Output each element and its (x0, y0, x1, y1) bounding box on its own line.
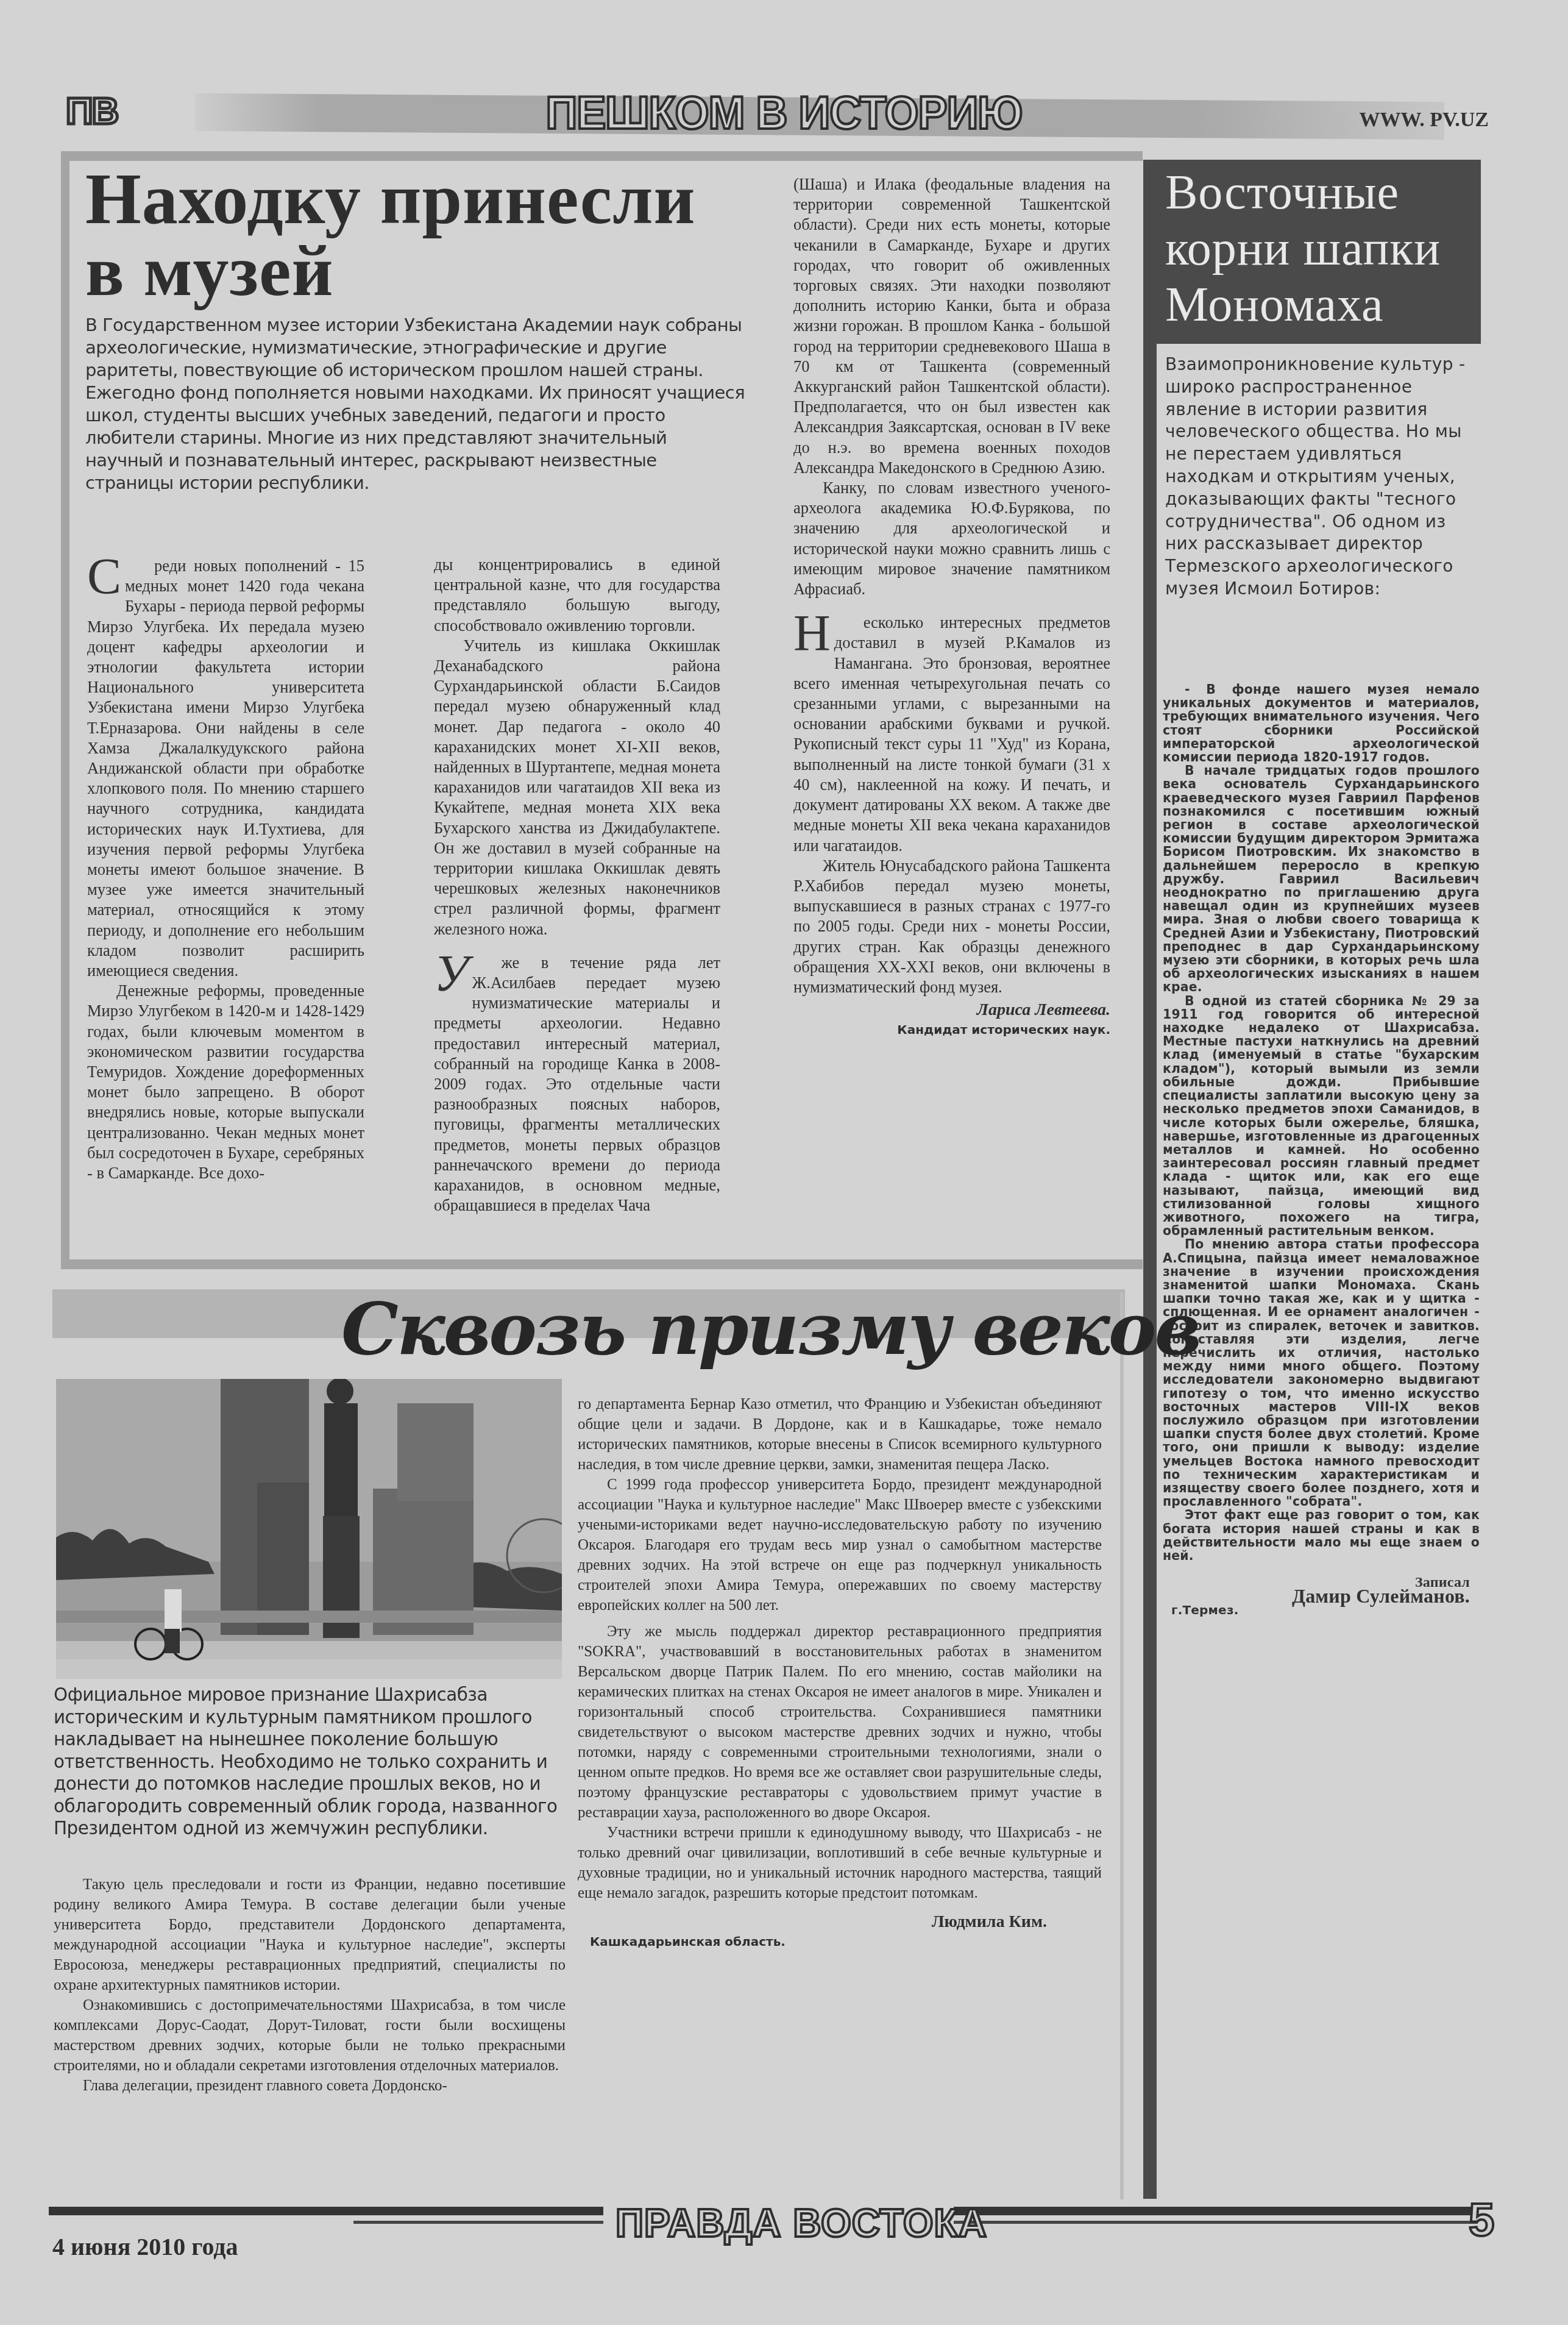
sidebar-headline: Восточные корни шапки Мономаха (1165, 165, 1482, 333)
article2-column-1: Такую цель преследовали и гости из Франц… (54, 1875, 566, 2096)
footer-rule-left-thin (353, 2221, 603, 2224)
paragraph: В одной из статей сборника № 29 за 1911 … (1163, 994, 1480, 1238)
page-number: 5 (1469, 2193, 1494, 2246)
article1-lead: В Государственном музее истории Узбекист… (85, 314, 750, 494)
paragraph: Учитель из кишлака Оккишлак Деханабадско… (434, 636, 720, 939)
headline-line-2: в музей (85, 235, 786, 307)
paragraph: Этот факт еще раз говорит о том, как бог… (1163, 1508, 1480, 1562)
paragraph: По мнению автора статьи профессора А.Спи… (1163, 1237, 1480, 1508)
newspaper-name: ПРАВДА ВОСТОКА (615, 2201, 987, 2246)
photo-monument-scene (56, 1379, 562, 1679)
article2-photo (56, 1379, 562, 1679)
sidebar-lead: Взаимопроникновение культур - широко рас… (1165, 354, 1482, 600)
article1-frame-bottom (61, 1259, 1143, 1269)
paragraph: (Шаша) и Илака (феодальные владения на т… (793, 174, 1110, 478)
sidebar-frame-left (1143, 160, 1157, 2199)
paragraph: В начале тридцатых годов прошлого века о… (1163, 764, 1480, 994)
paragraph: го департамента Бернар Казо отметил, что… (578, 1394, 1102, 1475)
article2-lead: Официальное мировое признание Шахрисабза… (54, 1684, 559, 1840)
article2-headline: Сквозь призму веков (341, 1292, 1200, 1365)
article1-headline: Находку принесли в музей (85, 163, 786, 307)
footer-rule-right-thin (954, 2221, 1478, 2224)
article1-column-2: ды концентрировались в единой центрально… (434, 555, 720, 1216)
paragraph: же в течение ряда лет Ж.Асилбаев передае… (434, 953, 720, 1214)
paragraph: Житель Юнусабадского района Ташкента Р.Х… (793, 856, 1110, 997)
section-rubric: ПЕШКОМ В ИСТОРИЮ (0, 90, 1568, 137)
article1-column-3: (Шаша) и Илака (феодальные владения на т… (793, 174, 1110, 1041)
paragraph: Участники встречи пришли к единодушному … (578, 1823, 1102, 1903)
paragraph: Канку, по словам известного ученого-архе… (793, 478, 1110, 599)
article2-column-2: го департамента Бернар Казо отметил, что… (578, 1394, 1102, 1952)
headline-line-1: Находку принесли (85, 163, 786, 235)
paragraph: Глава делегации, президент главного сове… (54, 2076, 566, 2096)
paragraph: Ознакомившись с достопримечательностями … (54, 1995, 566, 2076)
issue-date: 4 июня 2010 года (52, 2232, 238, 2261)
article1-author-title: Кандидат исторических наук. (793, 1020, 1110, 1040)
paragraph: ды концентрировались в единой центрально… (434, 555, 720, 636)
paragraph: Денежные реформы, проведенные Мирзо Улуг… (87, 981, 364, 1183)
footer-rule-left (49, 2207, 603, 2215)
website-url[interactable]: WWW. PV.UZ (1359, 109, 1489, 132)
dropcap: С (58, 557, 121, 597)
paragraph: Такую цель преследовали и гости из Франц… (54, 1875, 566, 1995)
sidebar-body: - В фонде нашего музея немало уникальных… (1163, 683, 1480, 1617)
paragraph: - В фонде нашего музея немало уникальных… (1163, 683, 1480, 764)
article1-frame-left (61, 151, 69, 1267)
article2-region: Кашкадарьинская область. (590, 1932, 1102, 1952)
paragraph: Эту же мысль поддержал директор реставра… (578, 1622, 1102, 1823)
footer-rule-right (954, 2207, 1478, 2215)
paragraph: реди новых пополнений - 15 медных монет … (87, 557, 364, 980)
article1-author: Лариса Левтеева. (793, 1000, 1110, 1020)
article2-frame-right (1120, 1292, 1124, 2199)
sidebar-author: Дамир Сулейманов. (1163, 1589, 1480, 1603)
dropcap: Н (764, 614, 831, 654)
paragraph: С 1999 года профессор университета Бордо… (578, 1475, 1102, 1615)
dropcap: У (405, 954, 469, 994)
article1-column-1: Среди новых пополнений - 15 медных монет… (87, 556, 364, 1183)
paragraph: есколько интересных предметов доставил в… (793, 613, 1110, 854)
article2-author: Людмила Ким. (578, 1912, 1102, 1932)
